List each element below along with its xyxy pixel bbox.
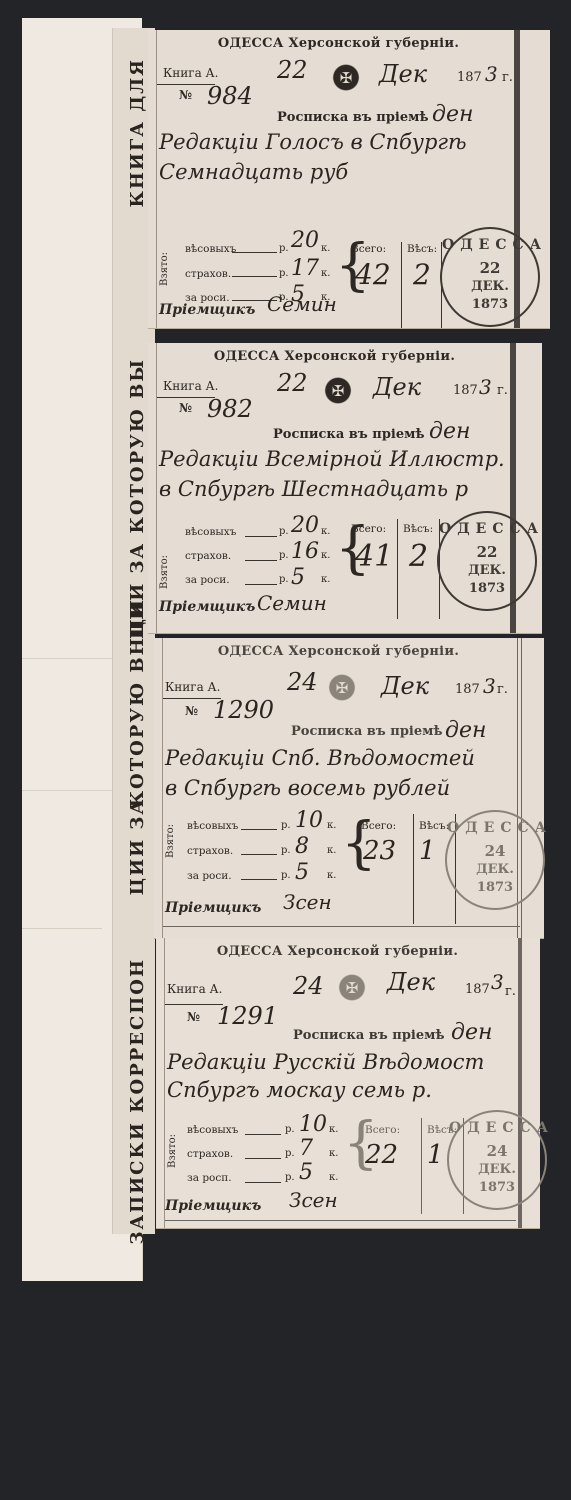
- kopecks-unit: к.: [321, 526, 330, 537]
- clerk-signature: Семин: [257, 591, 327, 615]
- year-g: г.: [497, 682, 508, 697]
- number-label: №: [179, 88, 192, 102]
- item-type: ден: [429, 419, 470, 444]
- weight-value: 1: [419, 836, 436, 866]
- number-label: №: [179, 401, 192, 415]
- divider: [165, 1004, 223, 1005]
- rubles-unit: р.: [279, 268, 289, 279]
- clerk-label: Пріемщикъ: [159, 599, 255, 615]
- leader-line: [245, 560, 277, 561]
- column-divider: [421, 1118, 422, 1214]
- postmark-month: ДЕК.: [442, 279, 538, 294]
- postmark-month: ДЕК.: [449, 1162, 545, 1177]
- row-label: страхов.: [185, 550, 231, 562]
- postmark-year: 1873: [449, 1180, 545, 1195]
- receipt-label: Росписка въ пріемѣ: [291, 724, 443, 739]
- rubles-unit: р.: [281, 820, 291, 831]
- kopecks-unit: к.: [329, 1172, 338, 1183]
- total-value: 41: [355, 539, 393, 574]
- weight-value: 1: [427, 1140, 444, 1170]
- row-label: страхов.: [185, 268, 231, 280]
- item-type: ден: [445, 718, 486, 743]
- kopecks-unit: к.: [321, 243, 330, 254]
- weight-value: 2: [409, 539, 428, 574]
- year-g: г.: [497, 383, 508, 398]
- rubles-unit: р.: [279, 526, 289, 537]
- receipt-3: ОДЕССА Херсонской губерніи. Книга А. № 1…: [154, 638, 544, 938]
- receipt-number: 984: [207, 82, 253, 110]
- weight-fee: 10: [299, 1112, 327, 1137]
- row-label: вѣсовыхъ: [185, 243, 236, 255]
- insurance-fee: 7: [299, 1136, 313, 1161]
- date-day: 22: [277, 369, 308, 397]
- year-suffix: 3: [485, 62, 498, 86]
- row-label: вѣсовыхъ: [185, 526, 236, 538]
- total-value: 22: [365, 1140, 398, 1170]
- book-label: Книга А.: [163, 379, 218, 393]
- row-label: за росп.: [187, 1172, 232, 1184]
- addressee-line-1: Редакціи Русскій Вѣдомост: [167, 1050, 484, 1074]
- postmark-city: ОДЕССА: [442, 237, 538, 253]
- kopecks-unit: к.: [321, 550, 330, 561]
- row-label: за роси.: [187, 870, 232, 882]
- clerk-label: Пріемщикъ: [165, 1198, 261, 1214]
- leader-line: [241, 829, 277, 830]
- column-divider: [413, 814, 414, 924]
- rubles-unit: р.: [279, 574, 289, 585]
- rubles-unit: р.: [285, 1172, 295, 1183]
- year-g: г.: [502, 70, 513, 85]
- postmark-day: 22: [442, 259, 538, 277]
- receipt-header: ОДЕССА Херсонской губерніи.: [165, 944, 510, 959]
- receipt-number: 1291: [217, 1002, 278, 1030]
- receipt-1: ОДЕССА Херсонской губерніи. Книга А. № 9…: [148, 30, 550, 328]
- double-headed-eagle-icon: ✠: [323, 377, 353, 407]
- spine-text: ЦИИ ЗА: [127, 798, 151, 895]
- leader-line: [232, 252, 277, 253]
- receipt-4: ОДЕССА Херсонской губерніи. Книга А. № 1…: [156, 938, 540, 1228]
- receipt-number: 1290: [213, 696, 274, 724]
- postmark: ОДЕССА 22 ДЕК. 1873: [437, 511, 537, 611]
- leader-line: [245, 536, 277, 537]
- receipt-fee: 5: [295, 860, 309, 885]
- year-g: г.: [505, 984, 516, 999]
- leader-line: [241, 854, 277, 855]
- date-month: Дек: [387, 968, 435, 996]
- receipt-fee: 5: [291, 565, 305, 590]
- postmark-year: 1873: [447, 880, 543, 895]
- year-prefix: 187: [457, 70, 482, 85]
- row-label: за роси.: [185, 574, 230, 586]
- clerk-signature: Зсен: [289, 1188, 338, 1212]
- postmark-day: 24: [447, 842, 543, 860]
- receipt-header: ОДЕССА Херсонской губерніи.: [157, 36, 520, 51]
- taken-label: Взято:: [167, 1134, 178, 1168]
- leader-line: [245, 1158, 281, 1159]
- book-label: Книга А.: [167, 982, 222, 996]
- item-type: ден: [432, 102, 473, 127]
- year-prefix: 187: [453, 383, 478, 398]
- year-suffix: 3: [479, 375, 492, 399]
- rubles-unit: р.: [279, 550, 289, 561]
- number-label: №: [185, 704, 198, 718]
- addressee-line-1: Редакціи Спб. Вѣдомостей: [165, 746, 475, 770]
- rubles-unit: р.: [285, 1124, 295, 1135]
- year-prefix: 187: [465, 982, 490, 997]
- receipt-label: Росписка въ пріемѣ: [293, 1028, 445, 1043]
- receipt-header: ОДЕССА Херсонской губерніи.: [163, 644, 514, 659]
- kopecks-unit: к.: [327, 820, 336, 831]
- row-label: страхов.: [187, 845, 233, 857]
- kopecks-unit: к.: [321, 574, 330, 585]
- total-label: Всего:: [361, 820, 396, 832]
- addressee-line-2: в Спбургѣ восемь рублей: [165, 776, 450, 800]
- year-prefix: 187: [455, 682, 480, 697]
- leader-line: [245, 584, 277, 585]
- date-day: 24: [287, 668, 318, 696]
- receipt-header: ОДЕССА Херсонской губерніи.: [157, 349, 512, 364]
- double-headed-eagle-icon: ✠: [327, 674, 357, 704]
- postmark-year: 1873: [439, 581, 535, 596]
- postmark-city: ОДЕССА: [439, 521, 535, 537]
- clerk-label: Пріемщикъ: [165, 900, 261, 916]
- weight-fee: 20: [291, 228, 319, 253]
- weight-fee: 10: [295, 808, 323, 833]
- kopecks-unit: к.: [329, 1124, 338, 1135]
- rubles-unit: р.: [281, 870, 291, 881]
- item-type: ден: [451, 1020, 492, 1045]
- column-divider: [401, 242, 402, 328]
- receipt-fee: 5: [299, 1160, 313, 1185]
- postmark: ОДЕССА 22 ДЕК. 1873: [440, 227, 540, 327]
- year-suffix: 3: [491, 970, 504, 994]
- book-label: Книга А.: [163, 66, 218, 80]
- kopecks-unit: к.: [329, 1148, 338, 1159]
- kopecks-unit: к.: [321, 268, 330, 279]
- postmark-city: ОДЕССА: [449, 1120, 545, 1136]
- postmark-day: 24: [449, 1142, 545, 1160]
- weight-fee: 20: [291, 513, 319, 538]
- row-label: страхов.: [187, 1148, 233, 1160]
- receipt-label: Росписка въ пріемѣ: [277, 110, 429, 125]
- number-label: №: [187, 1010, 200, 1024]
- weight-label: Вѣсъ:: [419, 820, 449, 832]
- receipt-2: ОДЕССА Херсонской губерніи. Книга А. № 9…: [148, 343, 542, 633]
- total-value: 23: [363, 836, 396, 866]
- clerk-signature: Семин: [267, 292, 337, 316]
- year-suffix: 3: [483, 674, 496, 698]
- bottom-rule: [165, 1220, 516, 1221]
- taken-label: Взято:: [159, 555, 170, 589]
- total-label: Всего:: [365, 1124, 400, 1136]
- postmark-month: ДЕК.: [447, 862, 543, 877]
- weight-label: Вѣсъ:: [407, 243, 437, 255]
- postmark-year: 1873: [442, 297, 538, 312]
- double-headed-eagle-icon: ✠: [337, 974, 367, 1004]
- paper-crease: [22, 928, 102, 929]
- double-headed-eagle-icon: ✠: [331, 64, 361, 94]
- addressee-line-2: Семнадцать руб: [159, 160, 348, 184]
- leader-line: [245, 1134, 281, 1135]
- spine-text: ЗАПИСКИ КОРРЕСПОН: [127, 958, 151, 1244]
- leader-line: [245, 1182, 281, 1183]
- weight-value: 2: [413, 258, 431, 291]
- total-label: Всего:: [351, 523, 386, 535]
- bottom-rule: [163, 926, 520, 927]
- column-divider: [397, 519, 398, 619]
- insurance-fee: 17: [291, 256, 319, 281]
- receipt-number: 982: [207, 395, 253, 423]
- postmark: ОДЕССА 24 ДЕК. 1873: [445, 810, 545, 910]
- receipt-label: Росписка въ пріемѣ: [273, 427, 425, 442]
- book-label: Книга А.: [165, 680, 220, 694]
- rubles-unit: р.: [281, 845, 291, 856]
- rubles-unit: р.: [285, 1148, 295, 1159]
- weight-label: Вѣсъ:: [403, 523, 433, 535]
- postmark-month: ДЕК.: [439, 563, 535, 578]
- taken-label: Взято:: [165, 824, 176, 858]
- addressee-line-2: Спбургъ москау семь р.: [167, 1078, 432, 1102]
- date-day: 24: [293, 972, 324, 1000]
- kopecks-unit: к.: [327, 845, 336, 856]
- total-label: Всего:: [351, 243, 386, 255]
- row-label: вѣсовыхъ: [187, 820, 238, 832]
- postmark-city: ОДЕССА: [447, 820, 543, 836]
- addressee-line-1: Редакціи Голосъ в Спбургѣ: [159, 130, 467, 154]
- postmark-day: 22: [439, 543, 535, 561]
- insurance-fee: 16: [291, 539, 319, 564]
- total-value: 42: [355, 258, 391, 291]
- leader-line: [241, 879, 277, 880]
- date-month: Дек: [379, 60, 427, 88]
- date-day: 22: [277, 56, 308, 84]
- kopecks-unit: к.: [327, 870, 336, 881]
- addressee-line-2: в Спбургѣ Шестнадцать р: [159, 477, 468, 501]
- clerk-signature: Зсен: [283, 890, 332, 914]
- insurance-fee: 8: [295, 834, 309, 859]
- taken-label: Взято:: [159, 252, 170, 286]
- paper-crease: [22, 658, 122, 659]
- date-month: Дек: [373, 373, 421, 401]
- row-label: вѣсовыхъ: [187, 1124, 238, 1136]
- postmark: ОДЕССА 24 ДЕК. 1873: [447, 1110, 547, 1210]
- clerk-label: Пріемщикъ: [159, 302, 255, 318]
- leader-line: [232, 276, 277, 277]
- date-month: Дек: [381, 672, 429, 700]
- rubles-unit: р.: [279, 243, 289, 254]
- addressee-line-1: Редакціи Всемірной Иллюстр.: [159, 447, 505, 471]
